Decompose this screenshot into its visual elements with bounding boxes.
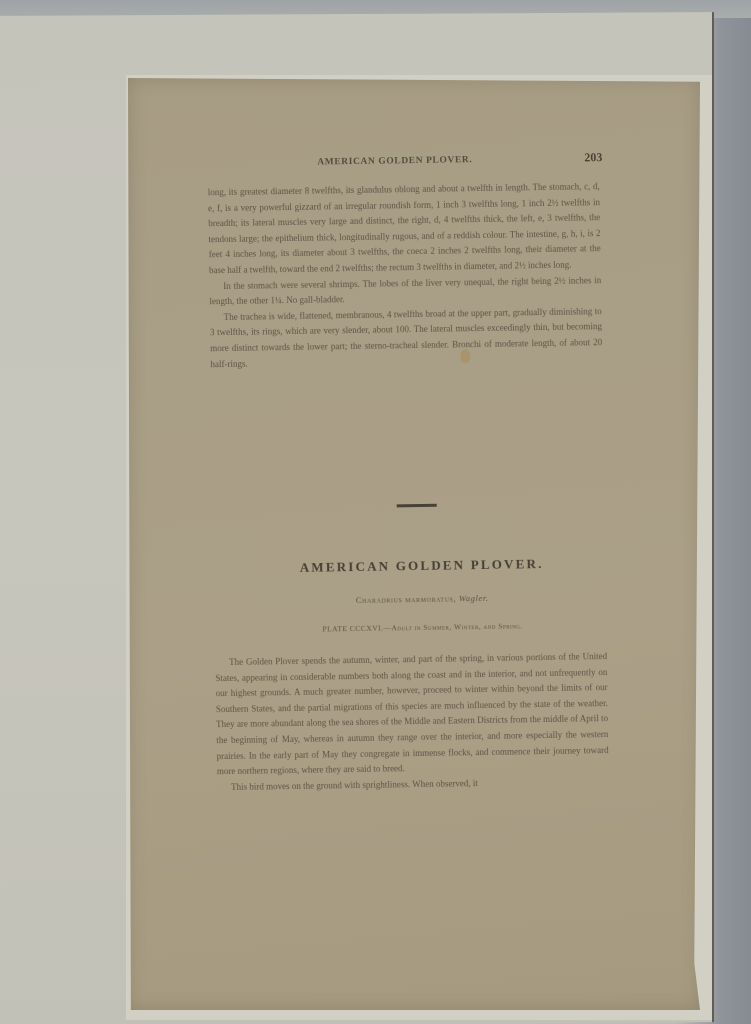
paragraph: The trachea is wide, flattened, membrano…: [210, 304, 603, 373]
running-title: AMERICAN GOLDEN PLOVER.: [317, 155, 472, 167]
latin-author: Wagler.: [459, 593, 489, 603]
paragraph: The Golden Plover spends the autumn, win…: [215, 649, 609, 780]
page-number: 203: [584, 150, 602, 165]
section-divider-rule: [397, 504, 437, 508]
running-head: AMERICAN GOLDEN PLOVER. 203: [129, 151, 701, 176]
latin-binomial: Charadrius marmoratus,: [356, 593, 457, 605]
paper-stain: [460, 349, 470, 363]
section-title: AMERICAN GOLDEN PLOVER.: [136, 553, 708, 578]
anatomy-text-block: long, its greatest diameter 8 twelfths, …: [208, 179, 603, 372]
page-content: AMERICAN GOLDEN PLOVER. 203 long, its gr…: [128, 74, 715, 1015]
paragraph: long, its greatest diameter 8 twelfths, …: [208, 179, 601, 279]
description-text-block: The Golden Plover spends the autumn, win…: [215, 649, 609, 795]
plate-caption: PLATE CCCXVI.—Adult in Summer, Winter, a…: [137, 618, 709, 636]
latin-name: Charadrius marmoratus, Wagler.: [136, 589, 708, 608]
